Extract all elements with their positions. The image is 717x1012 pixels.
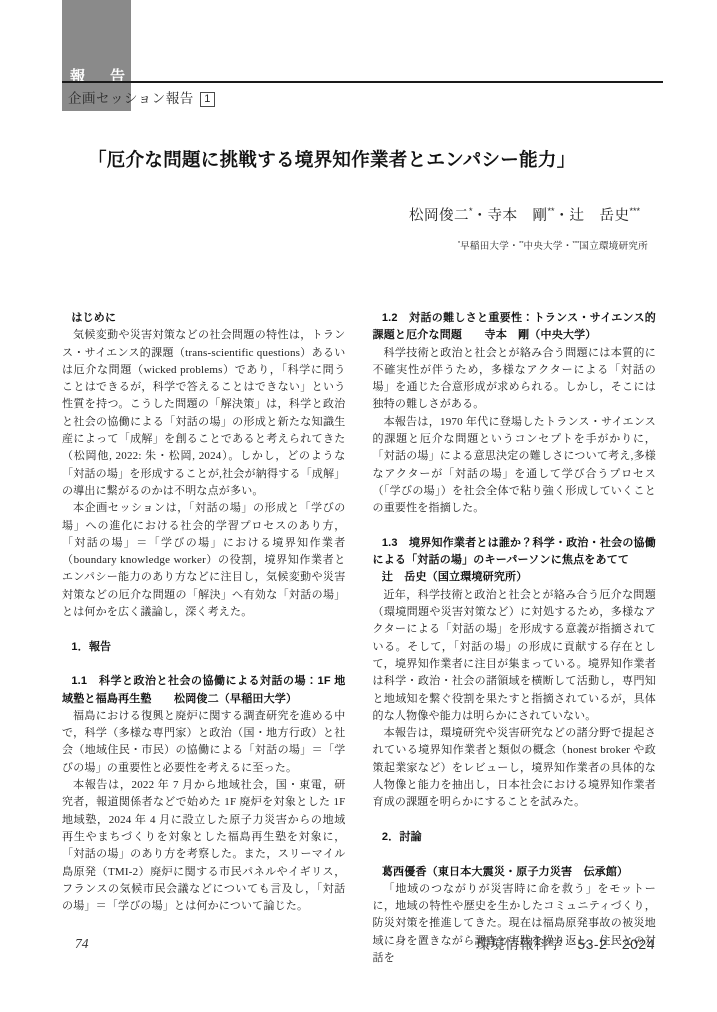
paragraph: 本報告は，1970 年代に登場したトランス・サイエンス的課題と厄介な問題というコ… xyxy=(373,414,657,518)
subsection-heading: 1.1 科学と政治と社会の協働による対話の場：1F 地域塾と福島再生塾 松岡俊二… xyxy=(62,673,346,708)
paper-title: 「厄介な問題に挑戦する境界知作業者とエンパシー能力」 xyxy=(88,146,576,172)
affiliation-name: 中央大学 xyxy=(524,241,563,252)
paragraph: 本報告は，環境研究や災害研究などの諸分野で提起されている境界知作業者と類似の概念… xyxy=(373,725,657,811)
session-number-box: 1 xyxy=(200,92,216,107)
paragraph: 「地域のつながりが災害時に命を救う」をモットーに，地域の特性や歴史を生かしたコミ… xyxy=(373,881,657,967)
affiliation-separator: ・ xyxy=(509,241,519,252)
footer-journal-title: 環境情報科学 53-2 2024 xyxy=(476,934,655,954)
paragraph: 気候変動や災害対策などの社会問題の特性は，トランス・サイエンス的課題（trans… xyxy=(62,327,346,500)
right-column: 1.2 対話の難しさと重要性：トランス・サイエンス的課題と厄介な問題 寺本 剛（… xyxy=(373,310,657,967)
paragraph: 福島における復興と廃炉に関する調査研究を進める中で，科学（多様な専門家）と政治（… xyxy=(62,708,346,777)
left-column: はじめに 気候変動や災害対策などの社会問題の特性は，トランス・サイエンス的課題（… xyxy=(62,310,346,967)
paragraph: 本報告は，2022 年 7 月から地域社会，国・東電，研究者，報道関係者などで始… xyxy=(62,777,346,915)
paragraph: 近年，科学技術と政治と社会とが絡み合う厄介な問題（環境問題や災害対策など）に対処… xyxy=(373,587,657,725)
speaker-line: 辻 岳史（国立環境研究所） xyxy=(373,569,657,586)
speaker-heading: 葛西優香（東日本大震災・原子力災害 伝承館） xyxy=(373,864,657,881)
footer-page-number: 74 xyxy=(75,936,89,952)
author-mark: *** xyxy=(630,206,641,216)
body-columns: はじめに 気候変動や災害対策などの社会問題の特性は，トランス・サイエンス的課題（… xyxy=(62,310,656,967)
author-separator: ・ xyxy=(473,208,488,224)
session-label: 企画セッション報告 xyxy=(68,91,194,106)
subsection-heading: 1.2 対話の難しさと重要性：トランス・サイエンス的課題と厄介な問題 寺本 剛（… xyxy=(373,310,657,345)
section-heading: はじめに xyxy=(62,310,346,327)
session-label-line: 企画セッション報告1 xyxy=(68,87,215,107)
document-page: 報 告 企画セッション報告1 「厄介な問題に挑戦する境界知作業者とエンパシー能力… xyxy=(0,0,717,1012)
affiliation-line: *早稲田大学・**中央大学・***国立環境研究所 xyxy=(458,238,648,252)
affiliation-separator: ・ xyxy=(563,241,573,252)
affiliation-name: 国立環境研究所 xyxy=(579,241,648,252)
author-separator: ・ xyxy=(555,208,570,224)
author-name: 辻 岳史 xyxy=(570,208,630,224)
author-name: 松岡俊二 xyxy=(409,208,469,224)
paragraph: 本企画セッションは，「対話の場」の形成と「学びの場」への進化における社会的学習プ… xyxy=(62,500,346,621)
author-mark: ** xyxy=(548,206,555,216)
section-heading: 1．報告 xyxy=(62,639,346,656)
subsection-heading: 1.3 境界知作業者とは誰か？科学・政治・社会の協働による「対話の場」のキーパー… xyxy=(373,535,657,570)
authors-line: 松岡俊二*・寺本 剛**・辻 岳史*** xyxy=(409,204,640,225)
paragraph: 科学技術と政治と社会とが絡み合う問題には本質的に不確実性が伴うため，多様なアクタ… xyxy=(373,345,657,414)
section-heading: 2．討論 xyxy=(373,829,657,846)
affiliation-name: 早稲田大学 xyxy=(460,241,509,252)
header-rule xyxy=(62,81,663,83)
author-name: 寺本 剛 xyxy=(488,208,548,224)
